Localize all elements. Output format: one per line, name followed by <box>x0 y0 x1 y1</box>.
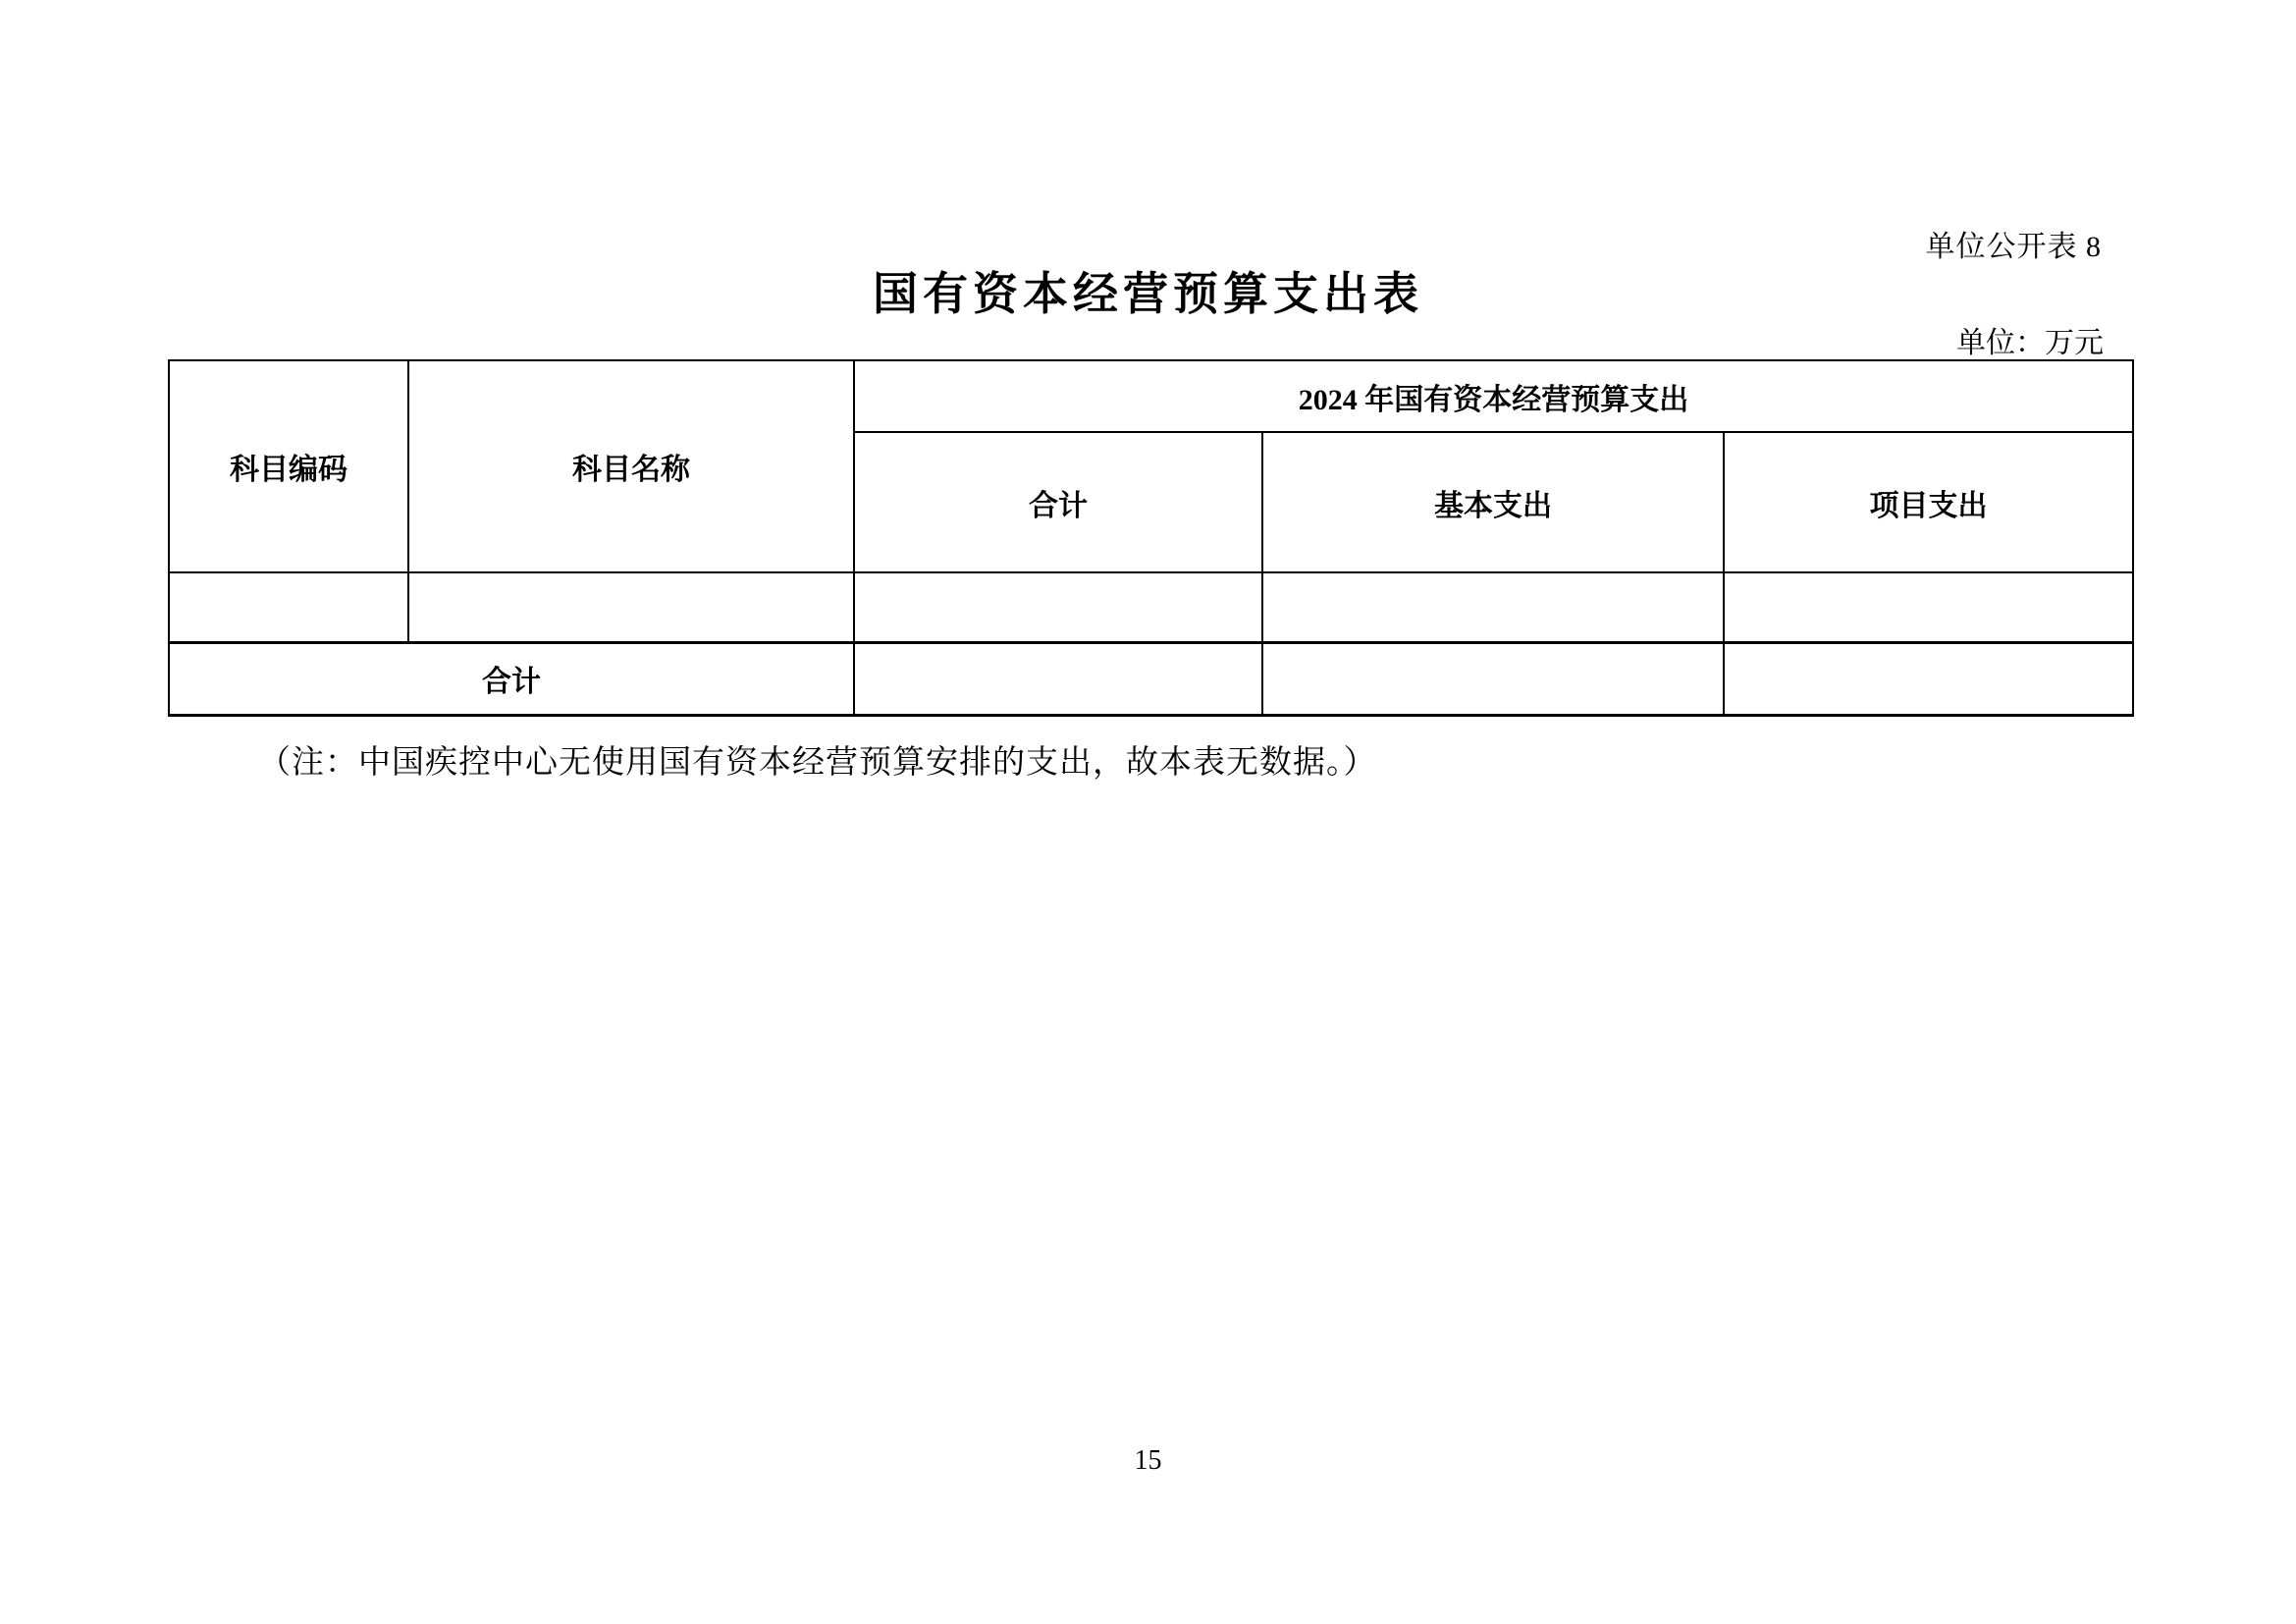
header-project-expenditure: 项目支出 <box>1724 432 2133 572</box>
page-title: 国有资本经营预算支出表 <box>0 258 2296 323</box>
total-row-project-expenditure <box>1724 642 2133 715</box>
table-row <box>169 572 2133 642</box>
cell-basic-expenditure <box>1262 572 1724 642</box>
header-subject-code: 科目编码 <box>169 360 408 572</box>
unit-of-measure-label: 单位：万元 <box>1956 318 2104 361</box>
total-row-basic-expenditure <box>1262 642 1724 715</box>
document-page: { "page": { "form_label": "单位公开表 8", "ti… <box>0 0 2296 1624</box>
header-basic-expenditure: 基本支出 <box>1262 432 1724 572</box>
total-row-label: 合计 <box>169 642 854 715</box>
header-total: 合计 <box>854 432 1262 572</box>
cell-project-expenditure <box>1724 572 2133 642</box>
cell-total <box>854 572 1262 642</box>
cell-subject-code <box>169 572 408 642</box>
total-row-total <box>854 642 1262 715</box>
table-total-row: 合计 <box>169 642 2133 715</box>
header-year-group: 2024 年国有资本经营预算支出 <box>854 360 2133 432</box>
table-header-row-1: 科目编码 科目名称 2024 年国有资本经营预算支出 <box>169 360 2133 432</box>
header-subject-name: 科目名称 <box>408 360 854 572</box>
page-number: 15 <box>0 1445 2296 1477</box>
cell-subject-name <box>408 572 854 642</box>
footnote: （注：中国疾控中心无使用国有资本经营预算安排的支出，故本表无数据。） <box>258 736 1377 783</box>
budget-expenditure-table: 科目编码 科目名称 2024 年国有资本经营预算支出 合计 基本支出 项目支出 … <box>168 359 2134 717</box>
